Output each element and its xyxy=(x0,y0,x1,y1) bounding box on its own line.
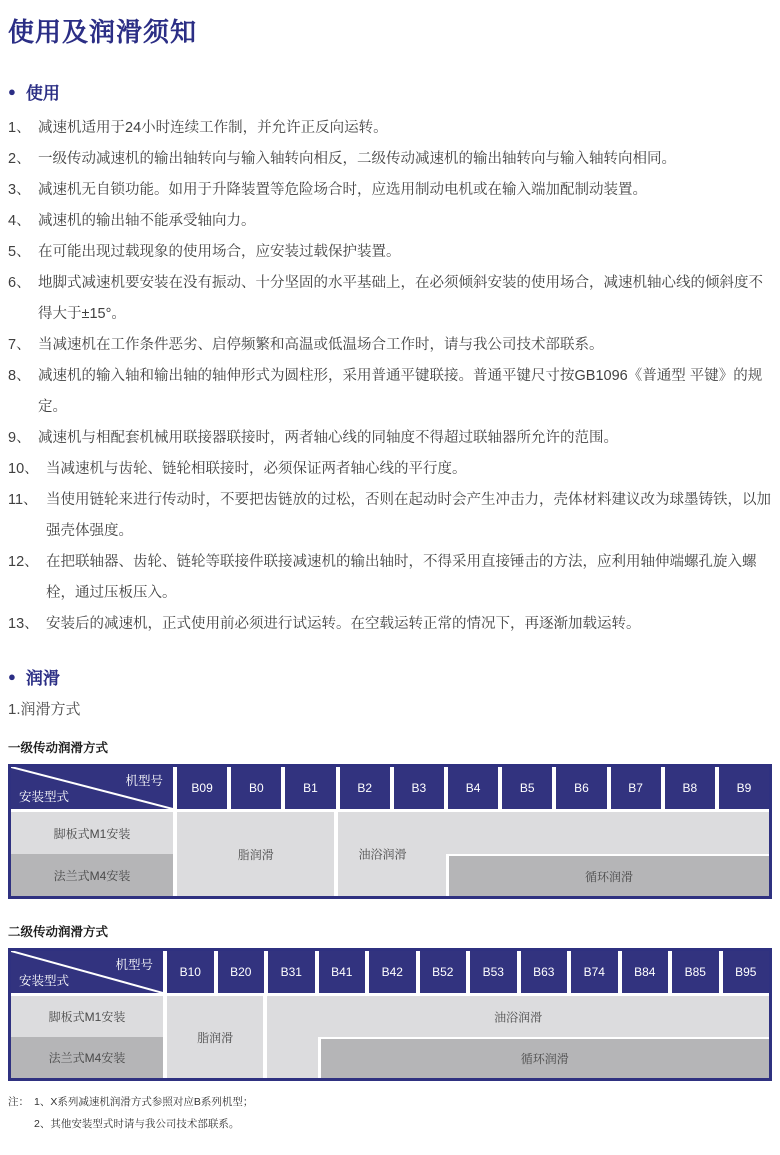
footnotes: 注：1、X系列减速机润滑方式参照对应B系列机型；2、其他安装型式时请与我公司技术… xyxy=(8,1091,772,1135)
usage-item-text: 在可能出现过载现象的使用场合，应安装过载保护装置。 xyxy=(38,244,401,260)
model-column-header: B74 xyxy=(571,951,618,993)
usage-item-number: 9、 xyxy=(8,423,31,454)
usage-item-7: 7、当减速机在工作条件恶劣、启停频繁和高温或低温场合工作时，请与我公司技术部联系… xyxy=(8,330,772,361)
usage-item-text: 当减速机在工作条件恶劣、启停频繁和高温或低温场合工作时，请与我公司技术部联系。 xyxy=(38,337,604,353)
usage-item-8: 8、减速机的输入轴和输出轴的轴伸形式为圆柱形，采用普通平键联接。普通平键尺寸按G… xyxy=(8,361,772,423)
footnote-line-1: 注：1、X系列减速机润滑方式参照对应B系列机型； xyxy=(8,1091,772,1113)
mounting-row-label: 法兰式M4安装 xyxy=(11,1037,163,1078)
corner-label-model: 机型号 xyxy=(115,955,153,973)
mounting-row-label: 脚板式M1安装 xyxy=(11,812,173,854)
usage-item-number: 8、 xyxy=(8,361,31,392)
usage-item-4: 4、减速机的输出轴不能承受轴向力。 xyxy=(8,206,772,237)
model-column-header: B84 xyxy=(622,951,669,993)
usage-heading-label: 使用 xyxy=(26,79,60,104)
bullet-icon: ● xyxy=(8,85,16,98)
usage-item-3: 3、减速机无自锁功能。如用于升降装置等危险场合时，应选用制动电机或在输入端加配制… xyxy=(8,175,772,206)
zone-circulating-lubrication: 循环润滑 xyxy=(318,1037,770,1078)
usage-item-12: 12、在把联轴器、齿轮、链轮等联接件联接减速机的输出轴时，不得采用直接锤击的方法… xyxy=(8,547,772,609)
usage-item-text: 安装后的减速机，正式使用前必须进行试运转。在空载运转正常的情况下，再逐渐加载运转… xyxy=(46,616,641,632)
usage-item-number: 7、 xyxy=(8,330,31,361)
model-column-header: B9 xyxy=(719,767,769,809)
table-corner-cell: 机型号安装型式 xyxy=(11,767,173,809)
usage-section-heading: ● 使用 xyxy=(8,79,772,104)
usage-item-text: 在把联轴器、齿轮、链轮等联接件联接减速机的输出轴时，不得采用直接锤击的方法，应利… xyxy=(46,554,757,601)
footnote-line-2: 2、其他安装型式时请与我公司技术部联系。 xyxy=(8,1113,772,1135)
model-column-header: B85 xyxy=(672,951,719,993)
table-caption-2: 二级传动润滑方式 xyxy=(8,922,772,940)
model-column-header: B31 xyxy=(268,951,315,993)
usage-item-number: 10、 xyxy=(8,454,39,485)
footnote-text: 2、其他安装型式时请与我公司技术部联系。 xyxy=(34,1118,239,1130)
usage-item-text: 减速机的输入轴和输出轴的轴伸形式为圆柱形，采用普通平键联接。普通平键尺寸按GB1… xyxy=(38,368,762,415)
usage-item-1: 1、减速机适用于24小时连续工作制，并允许正反向运转。 xyxy=(8,113,772,144)
model-column-header: B42 xyxy=(369,951,416,993)
footnote-prefix: 注： xyxy=(8,1091,29,1113)
usage-item-number: 2、 xyxy=(8,144,31,175)
usage-item-6: 6、地脚式减速机要安装在没有振动、十分坚固的水平基础上，在必须倾斜安装的使用场合… xyxy=(8,268,772,330)
usage-item-text: 当使用链轮来进行传动时，不要把齿链放的过松，否则在起动时会产生冲击力，壳体材料建… xyxy=(46,492,771,539)
usage-list: 1、减速机适用于24小时连续工作制，并允许正反向运转。2、一级传动减速机的输出轴… xyxy=(8,113,772,640)
model-column-header: B0 xyxy=(231,767,281,809)
model-column-header: B41 xyxy=(319,951,366,993)
model-column-header: B7 xyxy=(611,767,661,809)
footnote-text: 1、X系列减速机润滑方式参照对应B系列机型； xyxy=(34,1096,253,1108)
model-column-header: B10 xyxy=(167,951,214,993)
usage-item-number: 4、 xyxy=(8,206,31,237)
lubrication-zones: 脂润滑油浴润滑循环润滑 xyxy=(177,812,769,896)
usage-item-number: 5、 xyxy=(8,237,31,268)
model-column-header: B09 xyxy=(177,767,227,809)
usage-item-13: 13、安装后的减速机，正式使用前必须进行试运转。在空载运转正常的情况下，再逐渐加… xyxy=(8,609,772,640)
lubrication-zones: 脂润滑油浴润滑循环润滑 xyxy=(167,996,769,1078)
mounting-type-column: 脚板式M1安装法兰式M4安装 xyxy=(11,996,163,1078)
model-column-header: B95 xyxy=(723,951,770,993)
usage-item-9: 9、减速机与相配套机械用联接器联接时，两者轴心线的同轴度不得超过联轴器所允许的范… xyxy=(8,423,772,454)
usage-item-number: 1、 xyxy=(8,113,31,144)
lubrication-heading-label: 润滑 xyxy=(26,664,60,689)
usage-item-text: 一级传动减速机的输出轴转向与输入轴转向相反，二级传动减速机的输出轴转向与输入轴转… xyxy=(38,151,676,167)
model-column-header: B6 xyxy=(556,767,606,809)
model-column-header: B4 xyxy=(448,767,498,809)
table-corner-cell: 机型号安装型式 xyxy=(11,951,163,993)
lubrication-table-1: 机型号安装型式B09B0B1B2B3B4B5B6B7B8B9脚板式M1安装法兰式… xyxy=(8,764,772,899)
lubrication-table-2: 机型号安装型式B10B20B31B41B42B52B53B63B74B84B85… xyxy=(8,948,772,1081)
table-caption-1: 一级传动润滑方式 xyxy=(8,738,772,756)
oil-bath-label: 油浴润滑 xyxy=(494,1008,542,1025)
usage-item-10: 10、当减速机与齿轮、链轮相联接时，必须保证两者轴心线的平行度。 xyxy=(8,454,772,485)
model-column-header: B5 xyxy=(502,767,552,809)
usage-item-5: 5、在可能出现过载现象的使用场合，应安装过载保护装置。 xyxy=(8,237,772,268)
usage-item-text: 减速机与相配套机械用联接器联接时，两者轴心线的同轴度不得超过联轴器所允许的范围。 xyxy=(38,430,618,446)
model-column-header: B52 xyxy=(420,951,467,993)
bullet-icon: ● xyxy=(8,670,16,683)
lubrication-tables: 一级传动润滑方式机型号安装型式B09B0B1B2B3B4B5B6B7B8B9脚板… xyxy=(8,738,772,1081)
model-column-header: B8 xyxy=(665,767,715,809)
page-title: 使用及润滑须知 xyxy=(8,12,772,49)
usage-item-number: 3、 xyxy=(8,175,31,206)
mounting-type-column: 脚板式M1安装法兰式M4安装 xyxy=(11,812,173,896)
mounting-row-label: 脚板式M1安装 xyxy=(11,996,163,1037)
corner-label-model: 机型号 xyxy=(125,771,163,789)
corner-label-mounting: 安装型式 xyxy=(19,787,69,805)
usage-item-number: 13、 xyxy=(8,609,39,640)
model-column-header: B3 xyxy=(394,767,444,809)
usage-item-text: 减速机的输出轴不能承受轴向力。 xyxy=(38,213,256,229)
model-column-header: B63 xyxy=(521,951,568,993)
model-column-header: B2 xyxy=(340,767,390,809)
usage-item-number: 6、 xyxy=(8,268,31,299)
lubrication-section-heading: ● 润滑 xyxy=(8,664,772,689)
mounting-row-label: 法兰式M4安装 xyxy=(11,854,173,896)
model-column-header: B53 xyxy=(470,951,517,993)
model-column-header: B1 xyxy=(285,767,335,809)
usage-item-text: 当减速机与齿轮、链轮相联接时，必须保证两者轴心线的平行度。 xyxy=(46,461,467,477)
usage-item-number: 11、 xyxy=(8,485,38,516)
zone-circulating-lubrication: 循环润滑 xyxy=(446,854,769,896)
lubrication-subheading: 1.润滑方式 xyxy=(8,698,772,719)
zone-grease-lubrication: 脂润滑 xyxy=(177,812,334,896)
usage-item-text: 减速机适用于24小时连续工作制，并允许正反向运转。 xyxy=(38,120,388,136)
usage-item-2: 2、一级传动减速机的输出轴转向与输入轴转向相反，二级传动减速机的输出轴转向与输入… xyxy=(8,144,772,175)
usage-item-text: 地脚式减速机要安装在没有振动、十分坚固的水平基础上，在必须倾斜安装的使用场合，减… xyxy=(38,275,763,322)
oil-bath-label: 油浴润滑 xyxy=(358,846,406,863)
zone-grease-lubrication: 脂润滑 xyxy=(167,996,263,1078)
usage-item-number: 12、 xyxy=(8,547,39,578)
corner-label-mounting: 安装型式 xyxy=(19,971,69,989)
usage-item-text: 减速机无自锁功能。如用于升降装置等危险场合时，应选用制动电机或在输入端加配制动装… xyxy=(38,182,647,198)
usage-item-11: 11、当使用链轮来进行传动时，不要把齿链放的过松，否则在起动时会产生冲击力，壳体… xyxy=(8,485,772,547)
model-column-header: B20 xyxy=(218,951,265,993)
